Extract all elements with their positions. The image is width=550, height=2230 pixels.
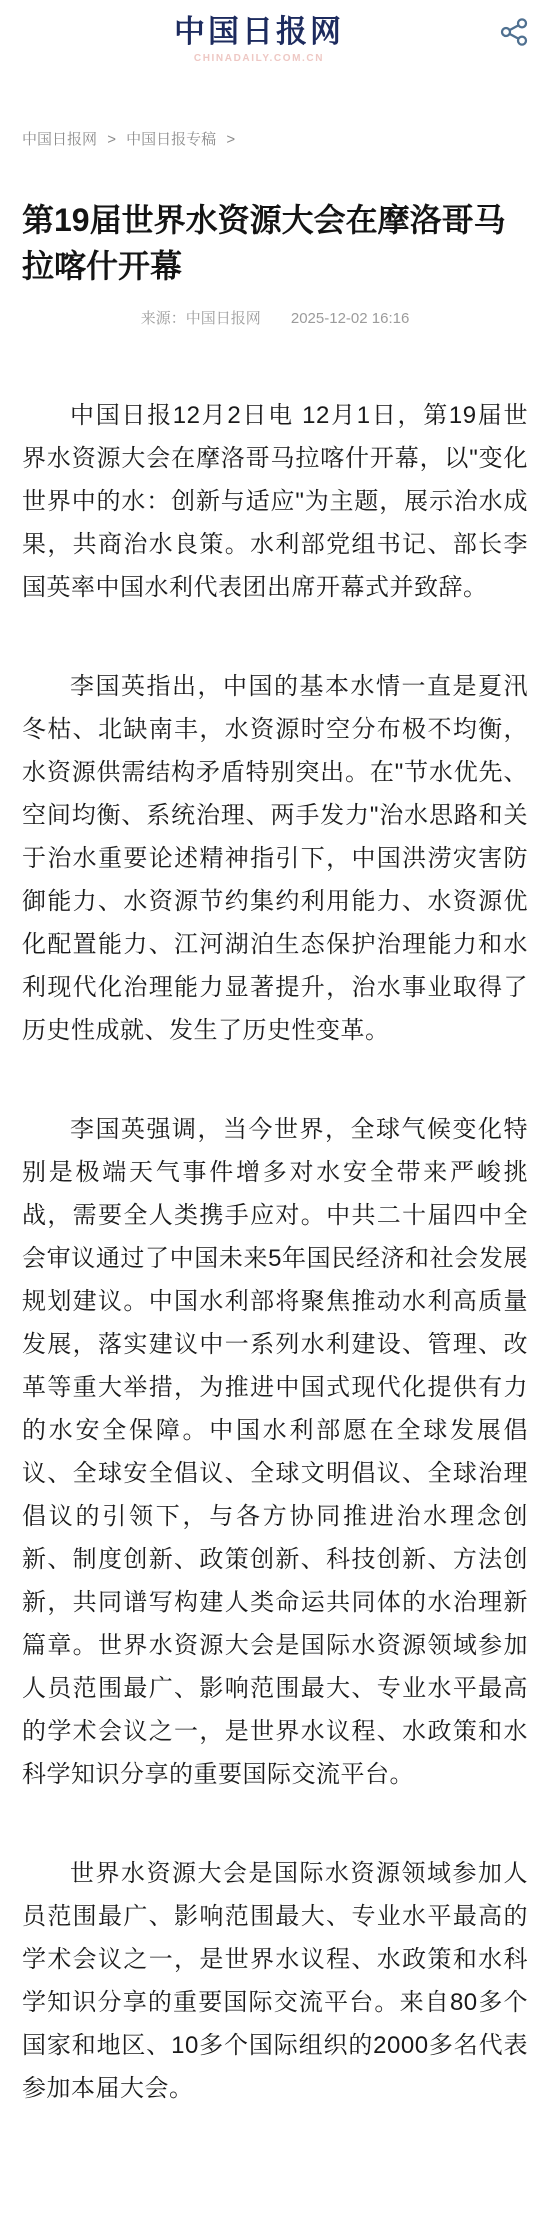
breadcrumb: 中国日报网 > 中国日报专稿 > [22, 128, 528, 149]
article-paragraph: 中国日报12月2日电 12月1日，第19届世界水资源大会在摩洛哥马拉喀什开幕，以… [22, 394, 528, 609]
logo-subtext: CHINADAILY.COM.CN [20, 53, 498, 64]
logo-text: 中国日报网 [20, 14, 498, 50]
site-logo[interactable]: 中国日报网 CHINADAILY.COM.CN [20, 14, 498, 64]
breadcrumb-separator: > [107, 131, 116, 148]
breadcrumb-separator: > [226, 131, 235, 148]
share-icon [498, 16, 530, 48]
article-title: 第19届世界水资源大会在摩洛哥马拉喀什开幕 [22, 197, 528, 289]
article-source: 来源：中国日报网 [141, 310, 261, 327]
article-paragraph: 世界水资源大会是国际水资源领域参加人员范围最广、影响范围最大、专业水平最高的学术… [22, 1852, 528, 2110]
article-paragraph: 李国英强调，当今世界，全球气候变化特别是极端天气事件增多对水安全带来严峻挑战，需… [22, 1108, 528, 1796]
article: 第19届世界水资源大会在摩洛哥马拉喀什开幕 来源：中国日报网 2025-12-0… [0, 197, 550, 2230]
article-body: 中国日报12月2日电 12月1日，第19届世界水资源大会在摩洛哥马拉喀什开幕，以… [22, 394, 528, 2230]
header: 中国日报网 CHINADAILY.COM.CN [0, 0, 550, 78]
article-datetime: 2025-12-02 16:16 [291, 310, 409, 327]
share-button[interactable] [498, 14, 530, 51]
article-paragraph: 李国英指出，中国的基本水情一直是夏汛冬枯、北缺南丰，水资源时空分布极不均衡，水资… [22, 665, 528, 1052]
breadcrumb-link-section[interactable]: 中国日报专稿 [126, 131, 216, 148]
article-meta: 来源：中国日报网 2025-12-02 16:16 [0, 307, 550, 328]
breadcrumb-link-home[interactable]: 中国日报网 [22, 131, 97, 148]
